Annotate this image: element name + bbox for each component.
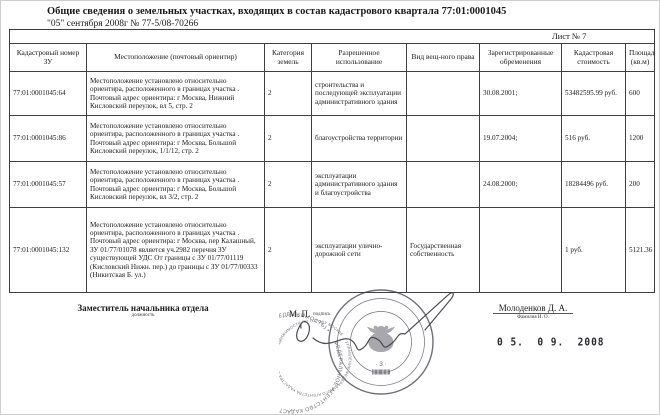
- col-header-right-type: Вид вещ-ного права: [407, 44, 480, 72]
- cell-area: 200: [626, 162, 655, 208]
- cadastral-parcels-table: Лист № 7 Кадастровый номер ЗУ Местополож…: [9, 29, 655, 293]
- col-header-encumbrances: Зарегистрированные обременения: [480, 44, 562, 72]
- cell-area: 1200: [626, 116, 655, 162]
- double-eagle-emblem-icon: [367, 326, 395, 352]
- col-header-cadastral-number: Кадастровый номер ЗУ: [10, 44, 87, 72]
- col-header-permitted-use: Разрешенное использование: [312, 44, 407, 72]
- cell-encumbrances: 19.07.2004;: [480, 116, 562, 162]
- cell-cadastral-value: 516 руб.: [562, 116, 626, 162]
- position-caption: должность: [63, 313, 223, 318]
- cell-location: Местоположение установлено относительно …: [87, 116, 265, 162]
- page-title: Общие сведения о земельных участках, вхо…: [47, 6, 506, 17]
- signer-position-title: Заместитель начальника отдела: [77, 303, 208, 313]
- table-row: 77:01:0001045:86 Местоположение установл…: [10, 116, 655, 162]
- cell-right-type: Государственная собственность: [407, 208, 480, 293]
- seal-code-mark: [372, 370, 390, 375]
- table-row: 77:01:0001045:57 Местоположение установл…: [10, 162, 655, 208]
- cell-permitted-use: эксплуатации улично-дорожной сети: [312, 208, 407, 293]
- col-header-area: Площадь (кв.м): [626, 44, 655, 72]
- cell-permitted-use: эксплуатации административного здания и …: [312, 162, 407, 208]
- cell-cadastral-value: 18284496 руб.: [562, 162, 626, 208]
- date-stamp: 0 5. 0 9. 2008: [497, 336, 605, 349]
- cell-encumbrances: [480, 208, 562, 293]
- name-caption: Фамилия И. О.: [463, 315, 603, 320]
- cell-location: Местоположение установлено относительно …: [87, 72, 265, 116]
- cell-cadastral-number: 77:01:0001045:132: [10, 208, 87, 293]
- cell-location: Местоположение установлено относительно …: [87, 162, 265, 208]
- cell-right-type: [407, 72, 480, 116]
- table-row: 77:01:0001045:132 Местоположение установ…: [10, 208, 655, 293]
- col-header-land-category: Категория земель: [265, 44, 312, 72]
- cell-cadastral-number: 77:01:0001045:86: [10, 116, 87, 162]
- cell-encumbrances: 30.08.2001;: [480, 72, 562, 116]
- cell-right-type: [407, 162, 480, 208]
- round-seal-stamp: ФЕДЕРАЛЬНОЕ АГЕНТСТВО КАДАСТРА ОБЪЕКТОВ …: [279, 290, 433, 414]
- signer-name-block: Молоденков Д. А. Фамилия И. О.: [463, 303, 603, 320]
- official-seal-and-signature: ФЕДЕРАЛЬНОЕ АГЕНТСТВО КАДАСТРА ОБЪЕКТОВ …: [279, 282, 464, 414]
- document-date-number-line: "05" сентября 2008г № 77-5/08-70266: [47, 19, 198, 29]
- cell-permitted-use: благоустройства территории: [312, 116, 407, 162]
- cell-cadastral-number: 77:01:0001045:57: [10, 162, 87, 208]
- signer-position-block: Заместитель начальника отдела должность: [63, 303, 223, 318]
- col-header-location: Местоположение (почтовый ориентир): [87, 44, 265, 72]
- cell-cadastral-number: 77:01:0001045:64: [10, 72, 87, 116]
- cell-area: 5121.36: [626, 208, 655, 293]
- cell-land-category: 2: [265, 162, 312, 208]
- signer-name: Молоденков Д. А.: [493, 303, 574, 314]
- seal-center-number: · 3 ·: [375, 361, 387, 368]
- cell-cadastral-value: 1 руб.: [562, 208, 626, 293]
- cell-cadastral-value: 53482595.99 руб.: [562, 72, 626, 116]
- table-header-row: Кадастровый номер ЗУ Местоположение (поч…: [10, 44, 655, 72]
- cell-land-category: 2: [265, 116, 312, 162]
- sheet-number-label: Лист № 7: [10, 30, 655, 44]
- table-row: 77:01:0001045:64 Местоположение установл…: [10, 72, 655, 116]
- cell-encumbrances: 24.08.2000;: [480, 162, 562, 208]
- cell-location: Местоположение установлено относительно …: [87, 208, 265, 293]
- scanned-cadastral-document: Общие сведения о земельных участках, вхо…: [0, 0, 660, 415]
- cell-permitted-use: строительства и последующей эксплуатации…: [312, 72, 407, 116]
- cell-right-type: [407, 116, 480, 162]
- cell-land-category: 2: [265, 208, 312, 293]
- cell-area: 600: [626, 72, 655, 116]
- col-header-cadastral-value: Кадастровая стоимость: [562, 44, 626, 72]
- cell-land-category: 2: [265, 72, 312, 116]
